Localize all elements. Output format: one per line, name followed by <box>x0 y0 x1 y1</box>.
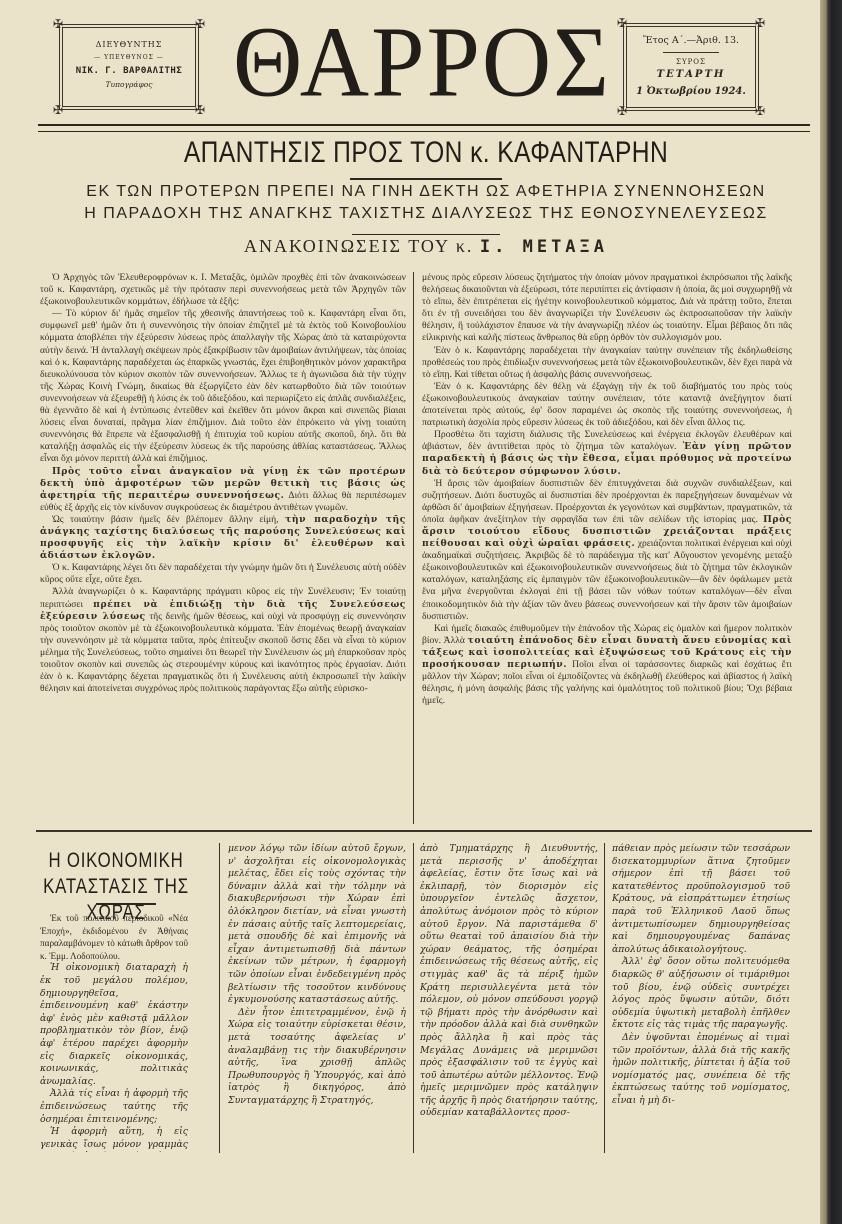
paragraph: Δὲν ὑψοῦνται ἐπομένως αἱ τιμαὶ τῶν προϊό… <box>612 1032 790 1108</box>
newspaper-page: ✠ ✠ ✠ ✠ ΔΙΕΥΘΥΝΤΗΣ — ΥΠΕΥΘΥΝΟΣ — ΝΙΚ. Γ.… <box>0 0 820 1224</box>
paragraph: Δὲν ἦτον ἐπιτετραμμένον, ἐνῷ ἡ Χώρα εἰς … <box>228 1007 406 1108</box>
ornament-icon: ✠ <box>195 104 205 116</box>
paragraph: Προσθέτω ὅτι ταχίστη διάλυσις τῆς Συνελε… <box>422 429 792 477</box>
issue-date: 1 Ὀκτωβρίου 1924. <box>627 86 755 97</box>
article-column-1: Ὁ Ἀρχηγὸς τῶν Ἐλευθεροφρόνων κ. Ι. Μεταξ… <box>40 272 406 822</box>
lower-column-4: πάθειαν πρὸς μείωσιν τῶν τεσσάρων δισεκα… <box>612 843 790 1143</box>
paragraph: Ἀλλὰ ἀναγνωρίζει ὁ κ. Καφαντάρης πράγματ… <box>40 586 406 695</box>
paragraph: Ἀλλ' ἐφ' ὅσον οὕτω πολιτευόμεθα διαρκῶς … <box>612 956 790 1032</box>
paragraph: Ἀλλὰ τίς εἶναι ἡ ἀφορμὴ τῆς ἐπιδεινώσεως… <box>40 1088 188 1126</box>
book-binding-edge <box>820 0 842 1224</box>
divider <box>96 903 156 905</box>
divider <box>663 52 719 53</box>
ornament-icon: ✠ <box>195 18 205 30</box>
ornament-icon: ✠ <box>755 17 765 29</box>
byline-name: Ι. ΜΕΤΑΞΑ <box>480 237 608 257</box>
city: ΣΥΡΟΣ <box>627 58 755 66</box>
editor-sublabel: — ΥΠΕΥΘΥΝΟΣ — <box>63 54 195 61</box>
lower-column-1: Ἐκ τοῦ πολιτικοῦ περιοδικοῦ «Νέα Ἐποχή»,… <box>40 912 188 1152</box>
newspaper-title: ΘΑΡΡΟΣ <box>233 12 603 113</box>
main-headline: ΑΠΑΝΤΗΣΙΣ ΠΡΟΣ ΤΟΝ κ. ΚΑΦΑΝΤΑΡΗΝ <box>109 136 742 170</box>
lower-column-3: ἀπὸ Τμηματάρχης ἢ Διευθυντής, μετὰ περισ… <box>420 843 598 1143</box>
divider <box>350 178 502 180</box>
ornament-icon: ✠ <box>617 105 627 117</box>
editor-label: ΔΙΕΥΘΥΝΤΗΣ <box>63 40 195 49</box>
weekday: ΤΕΤΑΡΤΗ <box>627 69 755 80</box>
column-divider <box>413 843 414 1153</box>
ornament-icon: ✠ <box>617 17 627 29</box>
paragraph: μενον λόγῳ τῶν ἰδίων αὐτοῦ ἔργων, ν' ἀσχ… <box>228 843 406 1007</box>
divider <box>352 234 500 235</box>
intro-note: Ἐκ τοῦ πολιτικοῦ περιοδικοῦ «Νέα Ἐποχή»,… <box>40 912 188 962</box>
editor-name: ΝΙΚ. Γ. ΒΑΡΘΑΛΙΤΗΣ <box>63 66 195 76</box>
paragraph: Ὁ Ἀρχηγὸς τῶν Ἐλευθεροφρόνων κ. Ι. Μεταξ… <box>40 272 406 308</box>
article-column-2: μένους πρὸς εὕρεσιν λύσεως ζητήματος τὴν… <box>422 272 792 822</box>
paragraph: Ἡ οἰκονομικὴ διαταραχὴ ἡ ἐκ τοῦ μεγάλου … <box>40 962 188 1088</box>
paragraph: Ἐὰν ὁ κ. Καφαντάρης δὲν θέλῃ νὰ ἐξαγάγῃ … <box>422 381 792 429</box>
byline: ΑΝΑΚΟΙΝΩΣΕΙΣ ΤΟΥ κ. Ι. ΜΕΤΑΞΑ <box>40 236 812 257</box>
paragraph: Καὶ ἡμεῖς διακαῶς ἐπιθυμοῦμεν τὴν ἐπάνοδ… <box>422 623 792 708</box>
ornament-icon: ✠ <box>53 104 63 116</box>
paragraph: ἀπὸ Τμηματάρχης ἢ Διευθυντής, μετὰ περισ… <box>420 843 598 1120</box>
paragraph: μένους πρὸς εὕρεσιν λύσεως ζητήματος τὴν… <box>422 272 792 345</box>
section-rule <box>36 830 812 832</box>
paragraph: Ἡ ἀφορμὴ αὕτη, ἡ εἰς γενικὰς ἴσως μόνον … <box>40 1126 188 1152</box>
paragraph: Ὡς τοιαύτην βάσιν ἡμεῖς δὲν βλέπομεν ἄλλ… <box>40 514 406 562</box>
subheadline-line-2: Η ΠΑΡΑΔΟΧΗ ΤΗΣ ΑΝΑΓΚΗΣ ΤΑΧΙΣΤΗΣ ΔΙΑΛΥΣΕΩ… <box>40 203 812 225</box>
subheadline: ΕΚ ΤΩΝ ΠΡΟΤΕΡΩΝ ΠΡΕΠΕΙ ΝΑ ΓΙΝΗ ΔΕΚΤΗ ΩΣ … <box>40 181 812 225</box>
byline-prefix: ΑΝΑΚΟΙΝΩΣΕΙΣ ΤΟΥ κ. <box>244 236 473 256</box>
issue-box: ✠ ✠ ✠ ✠ Ἔτος Α΄.—Ἀριθ. 13. ΣΥΡΟΣ ΤΕΤΑΡΤΗ… <box>626 26 756 108</box>
paragraph: — Τὸ κύριον δι' ἡμᾶς σημεῖον τῆς χθεσινῆ… <box>40 308 406 465</box>
subheadline-line-1: ΕΚ ΤΩΝ ΠΡΟΤΕΡΩΝ ΠΡΕΠΕΙ ΝΑ ΓΙΝΗ ΔΕΚΤΗ ΩΣ … <box>40 181 812 203</box>
column-divider <box>219 843 220 1153</box>
masthead-rule <box>38 124 810 132</box>
paragraph: Ἐὰν ὁ κ. Καφαντάρης παραδέχεται τὴν ἀναγ… <box>422 345 792 381</box>
editor-box: ✠ ✠ ✠ ✠ ΔΙΕΥΘΥΝΤΗΣ — ΥΠΕΥΘΥΝΟΣ — ΝΙΚ. Γ.… <box>62 27 196 107</box>
paragraph: Πρὸς τοῦτο εἶναι ἀναγκαῖον νὰ γίνῃ ἐκ τῶ… <box>40 466 406 514</box>
issue-number: Ἔτος Α΄.—Ἀριθ. 13. <box>627 35 755 46</box>
lower-column-2: μενον λόγῳ τῶν ἰδίων αὐτοῦ ἔργων, ν' ἀσχ… <box>228 843 406 1143</box>
paragraph: Ἡ ἄρσις τῶν ἀμοιβαίων δυσπιστιῶν δὲν ἐπι… <box>422 478 792 623</box>
column-divider <box>604 843 605 1153</box>
paragraph: Ὁ κ. Καφαντάρης λέγει ὅτι δὲν παραδέχετα… <box>40 562 406 586</box>
ornament-icon: ✠ <box>755 105 765 117</box>
ornament-icon: ✠ <box>53 18 63 30</box>
editor-role: Τυπογράφος <box>63 80 195 89</box>
paragraph: πάθειαν πρὸς μείωσιν τῶν τεσσάρων δισεκα… <box>612 843 790 956</box>
column-divider <box>413 272 414 824</box>
masthead: ✠ ✠ ✠ ✠ ΔΙΕΥΘΥΝΤΗΣ — ΥΠΕΥΘΥΝΟΣ — ΝΙΚ. Γ.… <box>38 12 810 124</box>
